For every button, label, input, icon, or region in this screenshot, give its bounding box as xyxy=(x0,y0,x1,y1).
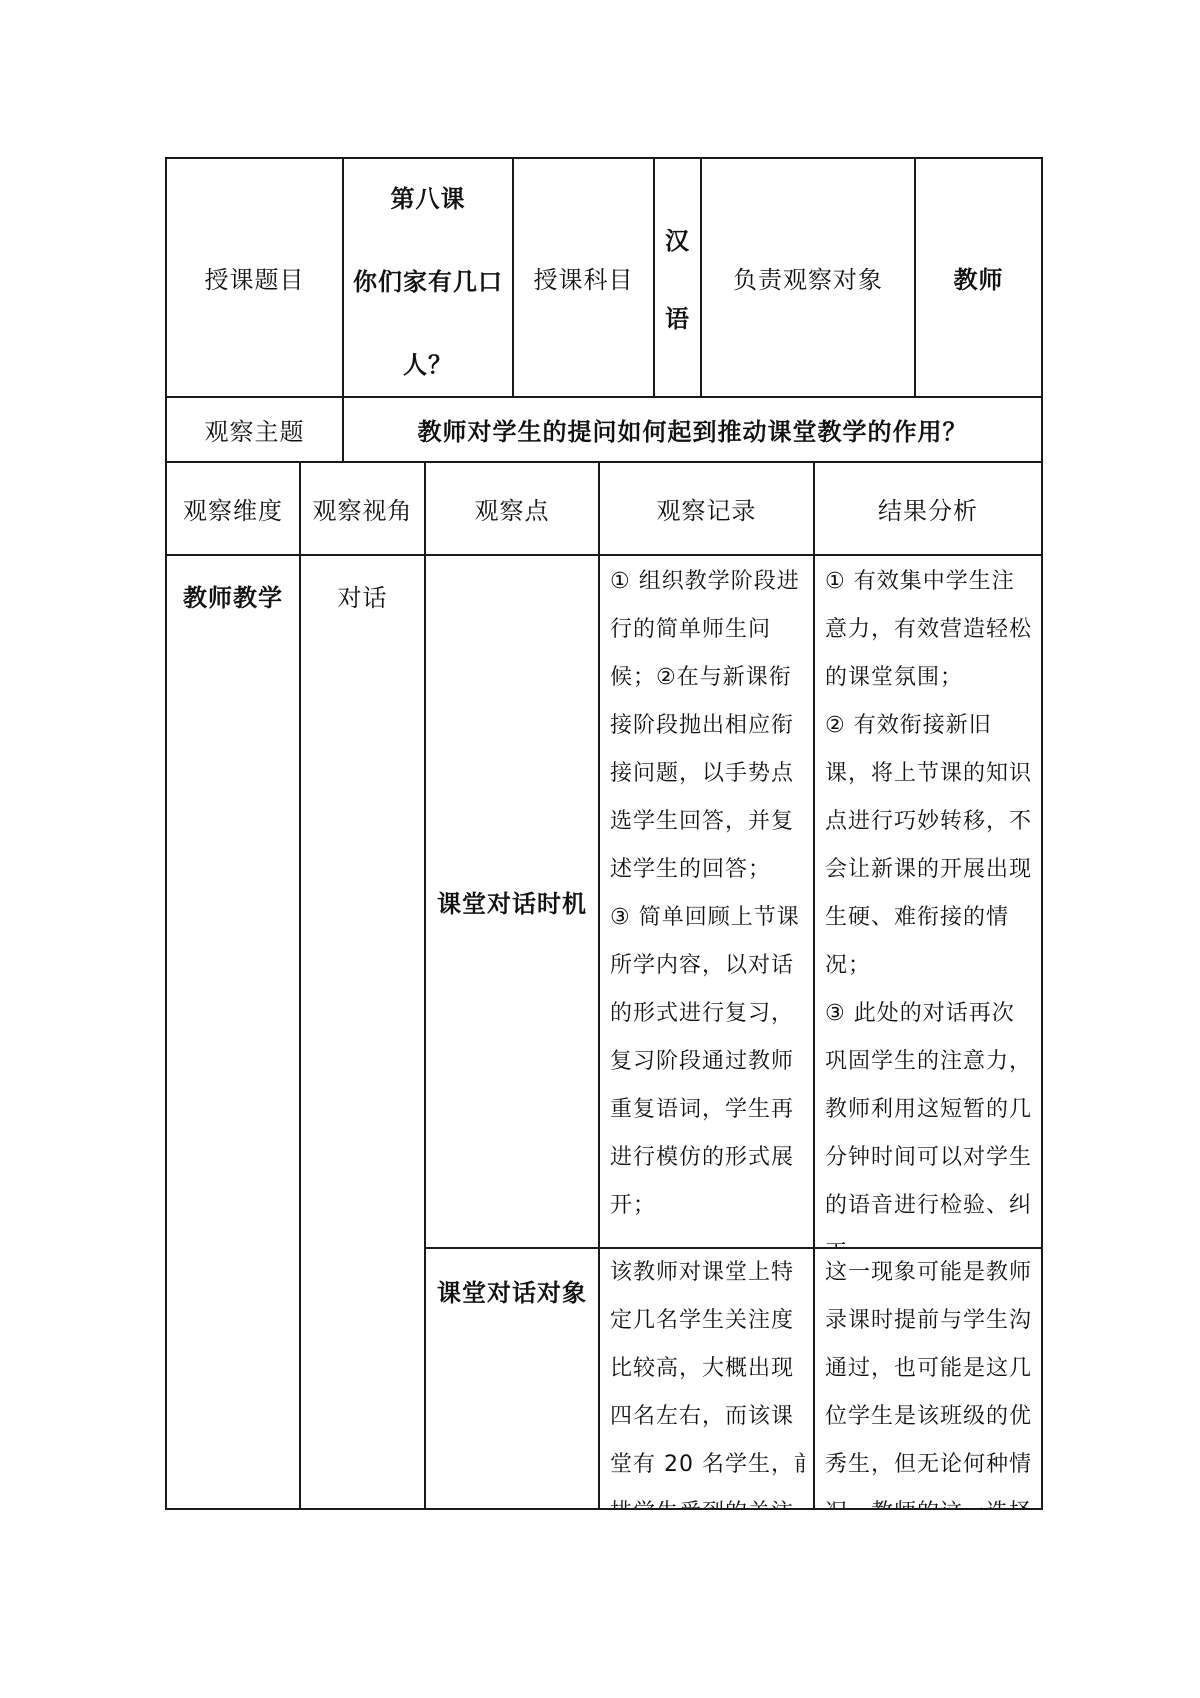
analysis-line: 的语音进行检验、纠 xyxy=(825,1182,1033,1230)
theme-value: 教师对学生的提问如何起到推动课堂教学的作用？ xyxy=(418,412,968,447)
theme-label-cell: 观察主题 xyxy=(165,396,344,463)
perspective-cell: 对话 xyxy=(299,554,426,1510)
analysis-line: 生硬、难衔接的情 xyxy=(825,894,1033,942)
header-analysis-text: 结果分析 xyxy=(878,491,978,526)
subject-label: 授课科目 xyxy=(534,260,634,295)
subject-value-line-2: 语 xyxy=(665,299,690,334)
analysis-line: 的课堂氛围； xyxy=(825,654,1033,702)
record-cell-timing: ① 组织教学阶段进 行的简单师生问 候；②在与新课衔 接阶段抛出相应衔 接问题，… xyxy=(598,554,815,1249)
analysis-line: 课，将上节课的知识 xyxy=(825,750,1033,798)
subject-label-cell: 授课科目 xyxy=(512,157,655,398)
record-line: 重复语词，学生再 xyxy=(610,1086,805,1134)
analysis-line: 教师利用这短暂的几 xyxy=(825,1086,1033,1134)
analysis-line: 分钟时间可以对学生 xyxy=(825,1134,1033,1182)
perspective-value: 对话 xyxy=(338,584,388,612)
header-point: 观察点 xyxy=(424,461,600,556)
record-line: ③ 简单回顾上节课 xyxy=(610,894,805,942)
point-target: 课堂对话对象 xyxy=(437,1279,587,1307)
header-dimension: 观察维度 xyxy=(165,461,301,556)
record-line: 堂有 20 名学生，前 xyxy=(610,1441,805,1489)
record-line: 比较高，大概出现 xyxy=(610,1345,805,1393)
header-point-text: 观察点 xyxy=(475,491,550,526)
header-analysis: 结果分析 xyxy=(813,461,1043,556)
point-cell-target: 课堂对话对象 xyxy=(424,1247,600,1510)
record-line: 选学生回答，并复 xyxy=(610,798,805,846)
record-line: 排学生受到的关注 xyxy=(610,1489,805,1510)
record-line: ① 组织教学阶段进 xyxy=(610,558,805,606)
observer-target-label: 负责观察对象 xyxy=(733,260,883,295)
record-line: 接阶段抛出相应衔 xyxy=(610,702,805,750)
analysis-line: 况，教师的这一选择 xyxy=(825,1489,1033,1510)
analysis-line: 位学生是该班级的优 xyxy=(825,1393,1033,1441)
theme-label: 观察主题 xyxy=(205,412,305,447)
dimension-value: 教师教学 xyxy=(183,584,283,612)
analysis-line: 秀生，但无论何种情 xyxy=(825,1441,1033,1489)
record-cell-target: 该教师对课堂上特 定几名学生关注度 比较高，大概出现 四名左右，而该课 堂有 2… xyxy=(598,1247,815,1510)
header-record-text: 观察记录 xyxy=(657,491,757,526)
topic-value-line-3: 人？ xyxy=(403,345,453,380)
topic-value-line-2: 你们家有几口 xyxy=(353,262,503,297)
analysis-cell-target: 这一现象可能是教师 录课时提前与学生沟 通过，也可能是这几 位学生是该班级的优 … xyxy=(813,1247,1043,1510)
analysis-line: ① 有效集中学生注 xyxy=(825,558,1033,606)
record-line: 开； xyxy=(610,1182,805,1230)
header-record: 观察记录 xyxy=(598,461,815,556)
analysis-line: 点进行巧妙转移，不 xyxy=(825,798,1033,846)
analysis-line: ③ 此处的对话再次 xyxy=(825,990,1033,1038)
record-line: 候；②在与新课衔 xyxy=(610,654,805,702)
analysis-line: 通过，也可能是这几 xyxy=(825,1345,1033,1393)
topic-value-cell: 第八课 你们家有几口 人？ xyxy=(342,157,514,398)
analysis-line: 巩固学生的注意力， xyxy=(825,1038,1033,1086)
observer-target-label-cell: 负责观察对象 xyxy=(700,157,916,398)
analysis-line: 录课时提前与学生沟 xyxy=(825,1297,1033,1345)
analysis-line: 况； xyxy=(825,942,1033,990)
subject-value-line-1: 汉 xyxy=(665,221,690,256)
record-line: 该教师对课堂上特 xyxy=(610,1249,805,1297)
header-perspective: 观察视角 xyxy=(299,461,426,556)
observer-target-value-cell: 教师 xyxy=(914,157,1043,398)
header-perspective-text: 观察视角 xyxy=(313,491,413,526)
record-line: 定几名学生关注度 xyxy=(610,1297,805,1345)
point-cell-timing: 课堂对话时机 xyxy=(424,554,600,1249)
topic-label-cell: 授课题目 xyxy=(165,157,344,398)
point-timing: 课堂对话时机 xyxy=(437,884,587,919)
analysis-line: 会让新课的开展出现 xyxy=(825,846,1033,894)
record-line: 行的简单师生问 xyxy=(610,606,805,654)
observer-target-value: 教师 xyxy=(954,260,1004,295)
subject-value-cell: 汉 语 xyxy=(653,157,702,398)
record-line: 接问题，以手势点 xyxy=(610,750,805,798)
record-line: 复习阶段通过教师 xyxy=(610,1038,805,1086)
dimension-cell: 教师教学 xyxy=(165,554,301,1510)
analysis-line: ② 有效衔接新旧 xyxy=(825,702,1033,750)
record-line: 四名左右，而该课 xyxy=(610,1393,805,1441)
topic-value-line-1: 第八课 xyxy=(391,179,466,214)
record-line: 的形式进行复习， xyxy=(610,990,805,1038)
topic-label: 授课题目 xyxy=(205,260,305,295)
record-line: 所学内容，以对话 xyxy=(610,942,805,990)
record-line: 进行模仿的形式展 xyxy=(610,1134,805,1182)
theme-value-cell: 教师对学生的提问如何起到推动课堂教学的作用？ xyxy=(342,396,1043,463)
record-line: 述学生的回答； xyxy=(610,846,805,894)
analysis-line: 意力，有效营造轻松 xyxy=(825,606,1033,654)
header-dimension-text: 观察维度 xyxy=(183,491,283,526)
analysis-line: 这一现象可能是教师 xyxy=(825,1249,1033,1297)
analysis-cell-timing: ① 有效集中学生注 意力，有效营造轻松 的课堂氛围； ② 有效衔接新旧 课，将上… xyxy=(813,554,1043,1249)
